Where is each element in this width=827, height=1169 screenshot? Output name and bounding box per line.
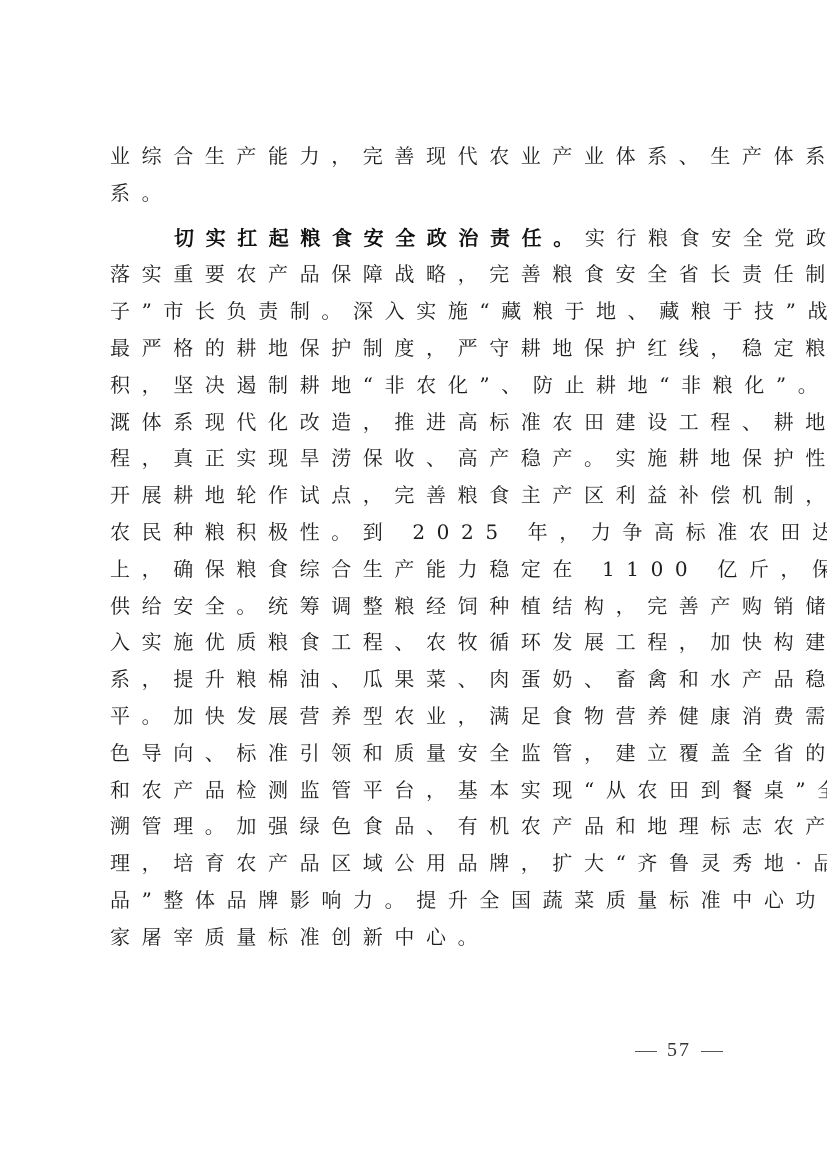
text-line: 业综合生产能力，完善现代农业产业体系、生产体系、经营体 — [110, 138, 730, 175]
text-line: 溉体系现代化改造，推进高标准农田建设工程、耕地质量提升工 — [110, 404, 730, 441]
text-line: 和农产品检测监管平台，基本实现“从农田到餐桌”全过程可追 — [110, 772, 730, 809]
text-line: 落实重要农产品保障战略，完善粮食安全省长责任制和“菜篮 — [110, 256, 730, 293]
text-run: 实行粮食安全党政同责。坚决 — [585, 226, 827, 250]
paragraph-heading: 切实扛起粮食安全政治责任。 — [174, 226, 585, 250]
text-line: 切实扛起粮食安全政治责任。实行粮食安全党政同责。坚决 — [110, 220, 730, 257]
text-line: 农民种粮积极性。到 2025 年，力争高标准农田达到 8000 万亩以 — [110, 514, 730, 551]
text-line — [110, 956, 730, 993]
page-number-footer: 57 — [625, 1039, 733, 1062]
text-line: 系，提升粮棉油、瓜果菜、肉蛋奶、畜禽和水产品稳产保供水 — [110, 661, 730, 698]
text-line: 供给安全。统筹调整粮经饲种植结构，完善产购销储运体系，深 — [110, 588, 730, 625]
text-line: 系。 — [110, 175, 730, 212]
text-line: 溯管理。加强绿色食品、有机农产品和地理标志农产品认证管 — [110, 808, 730, 845]
text-line: 家屠宰质量标准创新中心。 — [110, 919, 730, 956]
text-line: 最严格的耕地保护制度，严守耕地保护红线，稳定粮食播种面 — [110, 330, 730, 367]
dash-left — [635, 1051, 657, 1052]
text-line: 上，确保粮食综合生产能力稳定在 1100 亿斤，保障重要农产品 — [110, 551, 730, 588]
dash-right — [701, 1051, 723, 1052]
text-line: 开展耕地轮作试点，完善粮食主产区利益补偿机制，调动和保护 — [110, 477, 730, 514]
text-line: 理，培育农产品区域公用品牌，扩大“齐鲁灵秀地·品牌农产 — [110, 845, 730, 882]
document-page: 业综合生产能力，完善现代农业产业体系、生产体系、经营体 系。 切实扛起粮食安全政… — [0, 0, 827, 1169]
page-number: 57 — [667, 1039, 691, 1061]
text-line: 入实施优质粮食工程、农牧循环发展工程，加快构建现代养殖体 — [110, 624, 730, 661]
text-line: 平。加快发展营养型农业，满足食物营养健康消费需求。强化绿 — [110, 698, 730, 735]
text-line: 程，真正实现旱涝保收、高产稳产。实施耕地保护性耕作技术， — [110, 440, 730, 477]
text-line: 子”市长负责制。深入实施“藏粮于地、藏粮于技”战略，落实 — [110, 293, 730, 330]
text-line: 色导向、标准引领和质量安全监管，建立覆盖全省的农业投入品 — [110, 735, 730, 772]
body-text: 业综合生产能力，完善现代农业产业体系、生产体系、经营体 系。 切实扛起粮食安全政… — [110, 138, 730, 992]
text-line: 品”整体品牌影响力。提升全国蔬菜质量标准中心功能，建设国 — [110, 882, 730, 919]
paragraph-gap — [110, 212, 730, 220]
text-line: 积，坚决遏制耕地“非农化”、防止耕地“非粮化”。加快农业灌 — [110, 367, 730, 404]
